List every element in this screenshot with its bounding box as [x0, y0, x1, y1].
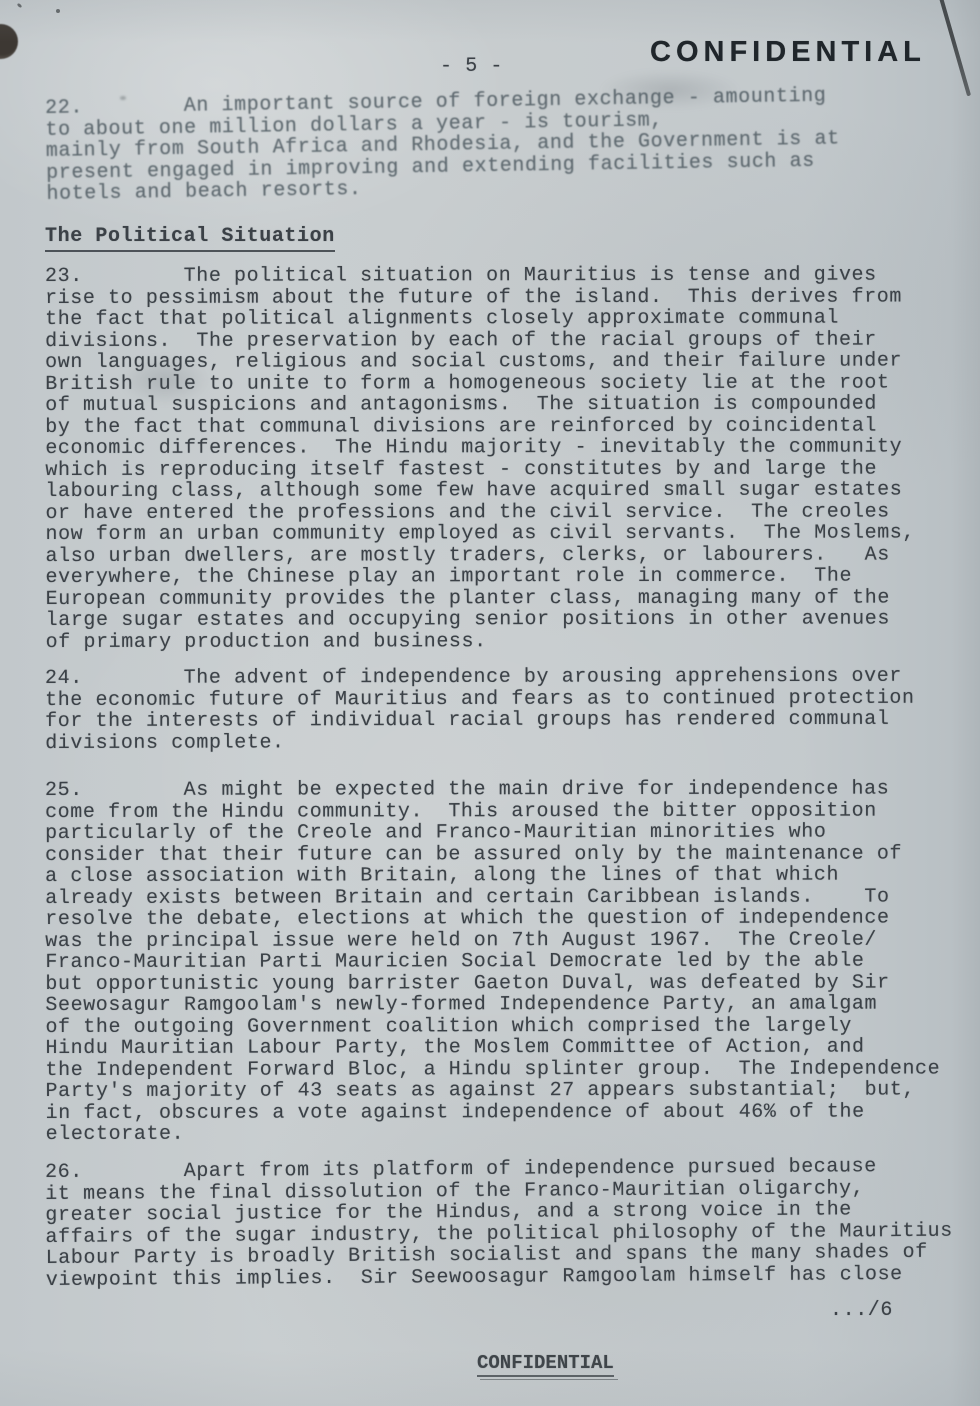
page-number: - 5 - — [440, 56, 503, 78]
section-heading-text: The Political Situation — [45, 225, 335, 252]
continuation-mark: .../6 — [830, 1300, 893, 1322]
paragraph-24: 24. The advent of independence by arousi… — [45, 666, 915, 754]
paragraph-25: 25. As might be expected the main drive … — [45, 778, 940, 1145]
scan-speck — [56, 9, 60, 13]
scanned-document-page: CONFIDENTIAL - 5 - 22. An important sour… — [0, 0, 980, 1406]
section-heading: The Political Situation — [45, 226, 335, 248]
classification-header: CONFIDENTIAL — [650, 36, 926, 69]
classification-footer-text: CONFIDENTIAL — [477, 1352, 614, 1377]
paragraph-26: 26. Apart from its platform of independe… — [45, 1156, 953, 1291]
classification-footer: CONFIDENTIAL — [477, 1352, 614, 1374]
scan-edge-artifact — [937, 0, 971, 96]
hole-punch — [0, 24, 18, 59]
scan-speck — [17, 3, 23, 9]
paragraph-23: 23. The political situation on Mauritius… — [45, 264, 915, 653]
paragraph-22: 22. An important source of foreign excha… — [45, 86, 841, 206]
